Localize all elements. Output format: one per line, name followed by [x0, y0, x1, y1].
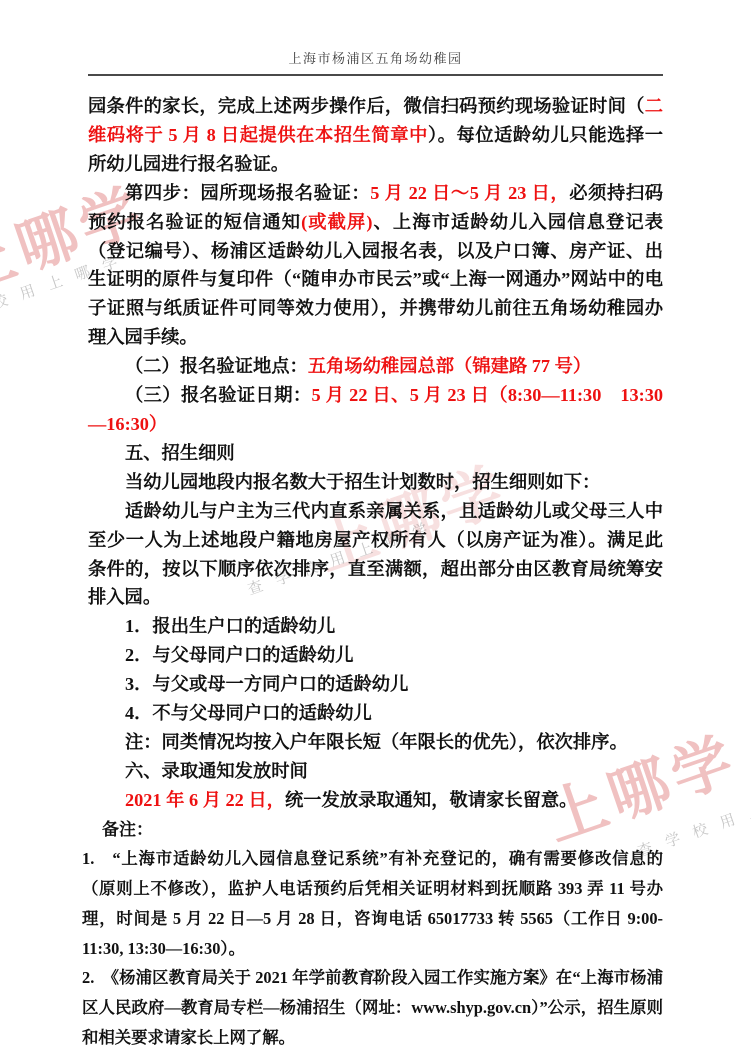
paragraph: 4．不与父母同户口的适龄幼儿	[88, 699, 663, 728]
text-segment: 五、招生细则	[125, 443, 235, 463]
text-segment: 园条件的家长，完成上述两步操作后，微信扫码预约现场验证时间（	[88, 96, 645, 116]
paragraph: 3．与父或母一方同户口的适龄幼儿	[88, 670, 663, 699]
text-segment: 第四步：园所现场报名验证：	[125, 183, 370, 203]
paragraph: （三）报名验证日期：5 月 22 日、5 月 23 日（8:30—11:30 1…	[88, 381, 663, 439]
paragraph: 1. “上海市适龄幼儿入园信息登记系统”有补充登记的，确有需要修改信息的（原则上…	[82, 844, 663, 963]
text-segment-red: 2021 年 6 月 22 日，	[125, 790, 285, 810]
text-segment: 注：同类情况均按入户年限长短（年限长的优先），依次排序。	[125, 732, 628, 752]
page-header: 上海市杨浦区五角场幼稚园	[88, 48, 663, 67]
paragraph: 五、招生细则	[88, 439, 663, 468]
text-segment: （三）报名验证日期：	[125, 385, 312, 405]
text-segment: 1. “上海市适龄幼儿入园信息登记系统”有补充登记的，确有需要修改信息的（原则上…	[82, 849, 663, 957]
paragraph: 备注：	[88, 815, 663, 845]
paragraph: （二）报名验证地点：五角场幼稚园总部（锦建路 77 号）	[88, 352, 663, 381]
text-segment: 2．与父母同户口的适龄幼儿	[125, 645, 354, 665]
paragraph: 第四步：园所现场报名验证：5 月 22 日～5 月 23 日，必须持扫码预约报名…	[88, 179, 663, 352]
header-rule	[88, 74, 663, 76]
text-segment: 3．与父或母一方同户口的适龄幼儿	[125, 674, 408, 694]
paragraph: 2021 年 6 月 22 日，统一发放录取通知，敬请家长留意。	[88, 786, 663, 815]
text-segment: （二）报名验证地点：	[125, 356, 308, 376]
page-number: 2	[0, 969, 751, 986]
paragraph: 六、录取通知发放时间	[88, 757, 663, 786]
text-segment-red: 五角场幼稚园总部（锦建路 77 号）	[308, 356, 591, 376]
text-segment: 六、录取通知发放时间	[125, 761, 308, 781]
text-segment: 统一发放录取通知，敬请家长留意。	[285, 790, 578, 810]
document-page: { "page": { "header_title": "上海市杨浦区五角场幼稚…	[0, 0, 751, 1063]
text-segment: 适龄幼儿与户主为三代内直系亲属关系，且适龄幼儿或父母三人中至少一人为上述地段户籍…	[88, 501, 663, 608]
paragraph: 适龄幼儿与户主为三代内直系亲属关系，且适龄幼儿或父母三人中至少一人为上述地段户籍…	[88, 497, 663, 613]
text-segment: 备注：	[102, 820, 153, 839]
text-segment-red: 5 月 22 日～5 月 23 日，	[370, 183, 569, 203]
paragraph: 园条件的家长，完成上述两步操作后，微信扫码预约现场验证时间（二维码将于 5 月 …	[88, 92, 663, 179]
text-segment: 当幼儿园地段内报名数大于招生计划数时，招生细则如下：	[125, 472, 600, 492]
paragraph: 注：同类情况均按入户年限长短（年限长的优先），依次排序。	[88, 728, 663, 757]
document-body: 园条件的家长，完成上述两步操作后，微信扫码预约现场验证时间（二维码将于 5 月 …	[88, 92, 663, 1053]
paragraph: 1．报出生户口的适龄幼儿	[88, 612, 663, 641]
text-segment-red: (或截屏)	[301, 212, 372, 232]
paragraph: 2．与父母同户口的适龄幼儿	[88, 641, 663, 670]
paragraph: 当幼儿园地段内报名数大于招生计划数时，招生细则如下：	[88, 468, 663, 497]
text-segment: 4．不与父母同户口的适龄幼儿	[125, 703, 372, 723]
text-segment: 1．报出生户口的适龄幼儿	[125, 616, 335, 636]
